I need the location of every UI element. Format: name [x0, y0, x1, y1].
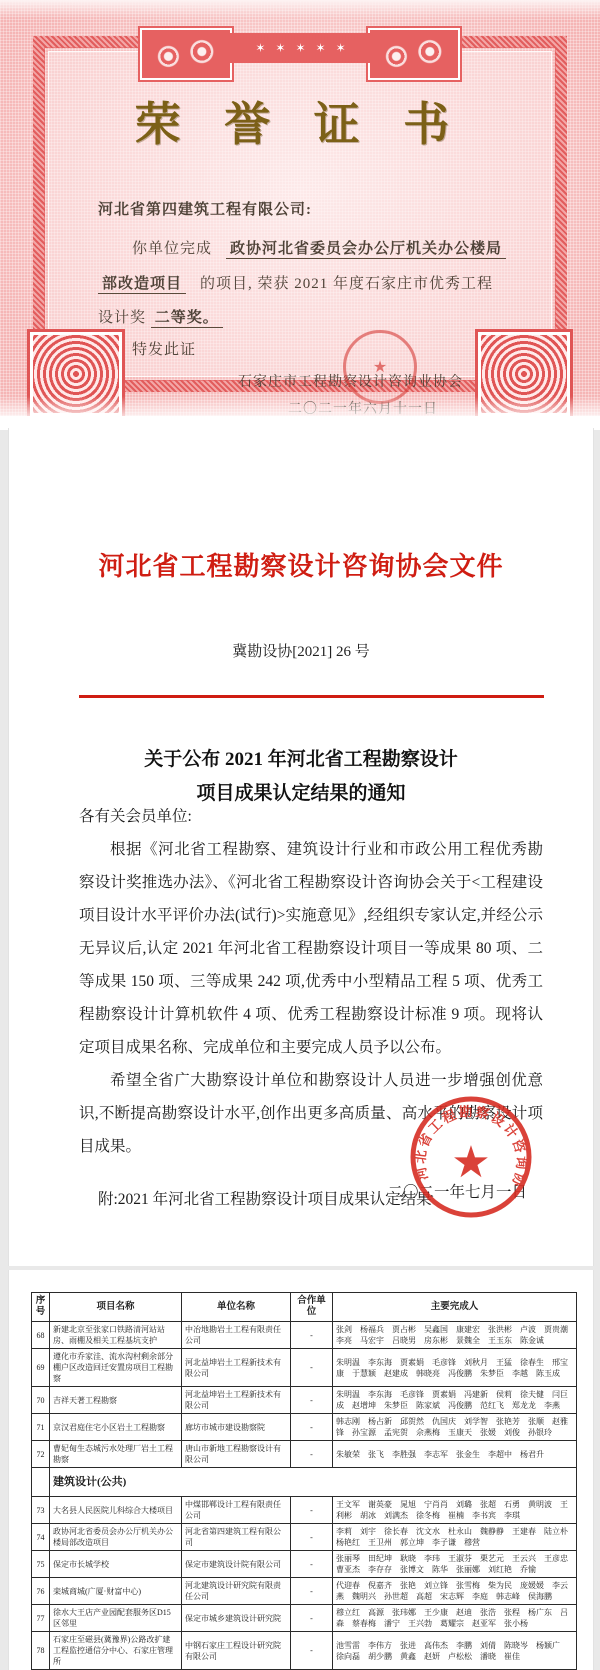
certificate-issue-text: 特发此证 — [132, 338, 196, 359]
col-header-people: 主要完成人 — [333, 1293, 577, 1322]
star-band: ✶ ✶ ✶ ✶ ✶ — [228, 33, 373, 63]
cell-no: 68 — [32, 1322, 50, 1349]
project-name-part1: 政协河北省委员会办公厅机关办公楼局 — [226, 241, 506, 259]
award-label: 设计奖 — [98, 310, 146, 326]
col-header-partner: 合作单位 — [291, 1293, 333, 1322]
cell-project: 吉祥天著工程勘察 — [50, 1387, 182, 1414]
cell-people: 李莉 刘宇 徐长春 沈文水 杜永山 魏静静 王建春 陆立朴 杨艳红 王卫州 郭立… — [333, 1524, 577, 1551]
table-row: 78 石家庄至磁县(冀豫界)公路改扩建工程监控通信分中心、石家庄管理所 中钢石家… — [32, 1632, 577, 1670]
cell-partner: - — [291, 1441, 333, 1468]
cell-partner: - — [291, 1497, 333, 1524]
body-prefix: 你单位完成 — [132, 241, 212, 257]
table-row: 72 曹妃甸生态城污水处理厂岩土工程勘察 唐山市新地工程勘察设计有限公司 - 朱… — [32, 1441, 577, 1468]
cell-unit: 河北建筑设计研究院有限责任公司 — [182, 1578, 291, 1605]
cell-project: 大名县人民医院儿科综合大楼项目 — [50, 1497, 182, 1524]
col-header-unit: 单位名称 — [182, 1293, 291, 1322]
cell-project: 徐水大王店产业园配套服务区D15区邻里 — [50, 1605, 182, 1632]
star-icon: ✶ — [295, 42, 305, 54]
certificate-body-line-3: 设计奖 二等奖。 — [98, 306, 223, 327]
table-header-row: 序号 项目名称 单位名称 合作单位 主要完成人 — [32, 1293, 577, 1322]
cell-project: 京汉君庭住宅小区岩土工程勘察 — [50, 1414, 182, 1441]
cell-partner: - — [291, 1322, 333, 1349]
association-seal: 河北省工程勘察设计咨询协会 ★ — [407, 1093, 535, 1221]
salutation: 各有关会员单位: — [79, 800, 543, 833]
cell-no: 75 — [32, 1551, 50, 1578]
cell-no: 77 — [32, 1605, 50, 1632]
cell-unit: 唐山市新地工程勘察设计有限公司 — [182, 1441, 291, 1468]
notice-title-line1: 关于公布 2021 年河北省工程勘察设计 — [9, 744, 593, 771]
table-row: 75 保定市长城学校 保定市建筑设计院有限公司 - 张丽琴 田纪坤 耿晓 李玮 … — [32, 1551, 577, 1578]
cell-no: 69 — [32, 1349, 50, 1387]
table-row: 77 徐水大王店产业园配套服务区D15区邻里 保定市城乡建筑设计研究院 - 穆立… — [32, 1605, 577, 1632]
body-paragraph-1: 根据《河北省工程勘察、建筑设计行业和市政公用工程优秀勘察设计奖推选办法》、《河北… — [79, 833, 543, 1064]
table-row: 70 吉祥天著工程勘察 河北益坤岩土工程新技术有限公司 - 朱明温 李东海 毛彦… — [32, 1387, 577, 1414]
certificate-recipient: 河北省第四建筑工程有限公司: — [98, 198, 312, 219]
table-row: 68 新建北京至张家口铁路清河站站房、雨棚及相关工程基坑支护 中冶地勘岩土工程有… — [32, 1322, 577, 1349]
cell-partner: - — [291, 1387, 333, 1414]
star-icon: ✶ — [336, 42, 346, 54]
cell-unit: 河北益坤岩土工程新技术有限公司 — [182, 1387, 291, 1414]
document-number: 冀勘设协[2021] 26 号 — [9, 640, 593, 661]
cell-people: 穆立红 高源 张玮娜 王少康 赵迪 张浩 张程 杨广东 吕森 蔡春梅 潘宁 王兴… — [333, 1605, 577, 1632]
scroll-ornament-right — [368, 28, 460, 80]
seal-star-icon: ★ — [373, 357, 387, 377]
cell-project: 遵化市乔家洼、流水沟村剩余部分棚户区改造回迁安置房项目工程勘察 — [50, 1349, 182, 1387]
star-icon: ✶ — [316, 42, 326, 54]
certificate-body-line-2: 部改造项目的项目, 荣获 2021 年度石家庄市优秀工程 — [98, 272, 493, 293]
col-header-project: 项目名称 — [50, 1293, 182, 1322]
star-icon: ✶ — [275, 42, 285, 54]
table-row: 71 京汉君庭住宅小区岩土工程勘察 廊坊市城市建设勘察院 - 韩志刚 杨占新 邱… — [32, 1414, 577, 1441]
cell-project: 石家庄至磁县(冀豫界)公路改扩建工程监控通信分中心、石家庄管理所 — [50, 1632, 182, 1670]
cell-partner: - — [291, 1349, 333, 1387]
star-icon: ✶ — [255, 42, 265, 54]
award-grade: 二等奖。 — [151, 310, 223, 328]
cell-unit: 中煤邯郸设计工程有限责任公司 — [182, 1497, 291, 1524]
cell-partner: - — [291, 1551, 333, 1578]
cell-project: 新建北京至张家口铁路清河站站房、雨棚及相关工程基坑支护 — [50, 1322, 182, 1349]
cell-unit: 河北省第四建筑工程有限公司 — [182, 1524, 291, 1551]
cell-no: 73 — [32, 1497, 50, 1524]
cell-project: 保定市长城学校 — [50, 1551, 182, 1578]
scroll-ornament-left — [140, 28, 232, 80]
cell-partner: - — [291, 1632, 333, 1670]
cell-no: 76 — [32, 1578, 50, 1605]
cell-unit: 保定市城乡建筑设计研究院 — [182, 1605, 291, 1632]
seal-star-icon: ★ — [451, 1138, 490, 1187]
body-mid: 的项目, 荣获 2021 年度石家庄市优秀工程 — [200, 276, 493, 292]
cell-partner: - — [291, 1414, 333, 1441]
cell-unit: 中冶地勘岩土工程有限责任公司 — [182, 1322, 291, 1349]
cell-unit: 河北益坤岩土工程新技术有限公司 — [182, 1349, 291, 1387]
cell-people: 池雪雷 李伟方 张进 高伟杰 李鹏 刘倩 陈晓岑 杨颖广 徐向磊 胡少鹏 黄鑫 … — [333, 1632, 577, 1670]
certificate-seal: ★ — [343, 330, 417, 404]
honor-certificate: ✶ ✶ ✶ ✶ ✶ 荣 誉 证 书 河北省第四建筑工程有限公司: 你单位完成政协… — [0, 0, 600, 422]
cell-no: 72 — [32, 1441, 50, 1468]
project-name-part2: 部改造项目 — [98, 276, 186, 294]
cell-project: 栾城商城(广厦·财富中心) — [50, 1578, 182, 1605]
document-header-title: 河北省工程勘察设计咨询协会文件 — [9, 546, 593, 583]
section-label: 建筑设计(公共) — [50, 1468, 577, 1497]
table-row: 69 遵化市乔家洼、流水沟村剩余部分棚户区改造回迁安置房项目工程勘察 河北益坤岩… — [32, 1349, 577, 1387]
table-section-row: 建筑设计(公共) — [32, 1468, 577, 1497]
cell-people: 朱明温 李东海 毛彦锋 贾素娟 冯建新 侯莉 徐夫健 闫巨成 赵增坤 朱梦臣 陈… — [333, 1387, 577, 1414]
certificate-body-line-1: 你单位完成政协河北省委员会办公厅机关办公楼局 — [132, 237, 506, 258]
cell-no: 71 — [32, 1414, 50, 1441]
results-table: 序号 项目名称 单位名称 合作单位 主要完成人 68 新建北京至张家口铁路清河站… — [31, 1292, 577, 1670]
cell-partner: - — [291, 1524, 333, 1551]
cell-no-empty — [32, 1468, 50, 1497]
cell-people: 张剑 杨福兵 贾占彬 吴鑫国 康建宏 张洪彬 卢波 贾贵潮 李亮 马宏宇 吕晓男… — [333, 1322, 577, 1349]
cell-people: 张丽琴 田纪坤 耿晓 李玮 王淑芬 栗艺元 王云兴 王彦忠 曹亚杰 李存存 张博… — [333, 1551, 577, 1578]
results-table-page: 序号 项目名称 单位名称 合作单位 主要完成人 68 新建北京至张家口铁路清河站… — [8, 1270, 594, 1670]
cell-project: 政协河北省委员会办公厅机关办公楼局部改造项目 — [50, 1524, 182, 1551]
cell-people: 代迎春 倪嘉齐 张艳 刘立锋 张雪梅 柴为民 庞媛媛 李云燕 魏明兴 孙世超 高… — [333, 1578, 577, 1605]
col-header-no: 序号 — [32, 1293, 50, 1322]
cell-people: 朱敏荣 张飞 李胜强 李志军 张金生 李超中 杨君升 — [333, 1441, 577, 1468]
red-divider-line — [79, 695, 544, 698]
certificate-top-fade — [0, 0, 600, 18]
cell-partner: - — [291, 1605, 333, 1632]
cell-people: 王文军 谢英豪 晁旭 宁肖肖 刘璐 张超 石勇 黄明波 王利彬 胡冰 刘满杰 徐… — [333, 1497, 577, 1524]
cell-people: 朱明温 李东海 贾素娟 毛彦锋 刘秋月 王猛 徐春生 邢宝康 于慧颖 赵建成 韩… — [333, 1349, 577, 1387]
table-row: 76 栾城商城(广厦·财富中心) 河北建筑设计研究院有限责任公司 - 代迎春 倪… — [32, 1578, 577, 1605]
cell-unit: 廊坊市城市建设勘察院 — [182, 1414, 291, 1441]
cell-unit: 保定市建筑设计院有限公司 — [182, 1551, 291, 1578]
cell-people: 韩志刚 杨占新 邱贺然 仇国庆 刘学智 张艳芳 张顺 赵雅锋 孙宝源 孟宪贺 佘… — [333, 1414, 577, 1441]
cell-partner: - — [291, 1578, 333, 1605]
cell-no: 78 — [32, 1632, 50, 1670]
cell-no: 74 — [32, 1524, 50, 1551]
cell-project: 曹妃甸生态城污水处理厂岩土工程勘察 — [50, 1441, 182, 1468]
certificate-title: 荣 誉 证 书 — [0, 88, 600, 154]
cell-unit: 中钢石家庄工程设计研究院有限公司 — [182, 1632, 291, 1670]
table-row: 73 大名县人民医院儿科综合大楼项目 中煤邯郸设计工程有限责任公司 - 王文军 … — [32, 1497, 577, 1524]
notice-document-page: 河北省工程勘察设计咨询协会文件 冀勘设协[2021] 26 号 关于公布 202… — [8, 428, 594, 1266]
table-row: 74 政协河北省委员会办公厅机关办公楼局部改造项目 河北省第四建筑工程有限公司 … — [32, 1524, 577, 1551]
cell-no: 70 — [32, 1387, 50, 1414]
